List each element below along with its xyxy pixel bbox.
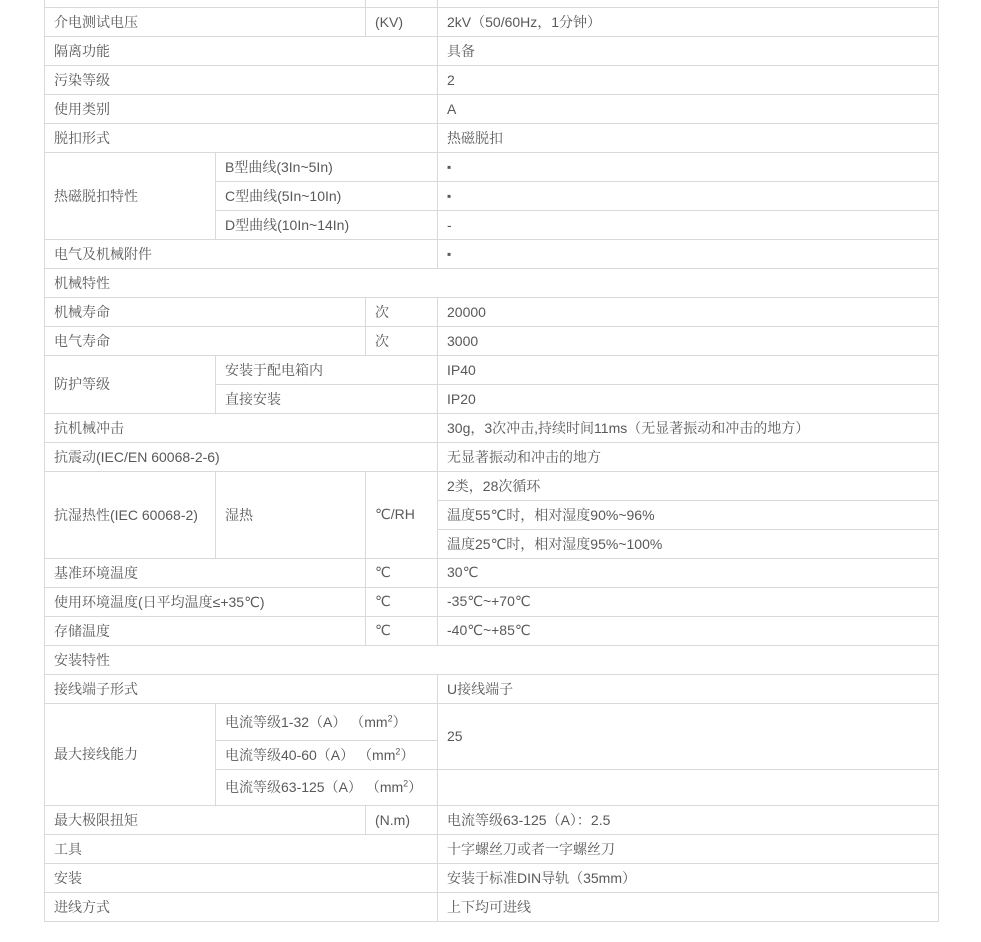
sub-label: B型曲线(3In~5In)	[216, 152, 438, 181]
row-label: 抗震动(IEC/EN 60068-2-6)	[45, 442, 438, 471]
sub-label: 直接安装	[216, 384, 438, 413]
row-label: 工具	[45, 834, 438, 863]
row-value: 温度25℃时，相对湿度95%~100%	[438, 529, 939, 558]
spec-table: 介电测试电压 (KV) 2kV（50/60Hz，1分钟） 隔离功能 具备 污染等…	[44, 0, 939, 922]
row-unit: 次	[366, 326, 438, 355]
row-value: 安装于标准DIN导轨（35mm）	[438, 863, 939, 892]
row-value: 热磁脱扣	[438, 123, 939, 152]
row-label: 污染等级	[45, 65, 438, 94]
row-label: 使用类别	[45, 94, 438, 123]
row-unit: ℃	[366, 558, 438, 587]
row-value: 2	[438, 65, 939, 94]
row-value: A	[438, 94, 939, 123]
sub-label: 安装于配电箱内	[216, 355, 438, 384]
row-value: 2类，28次循环	[438, 471, 939, 500]
section-header: 机械特性	[45, 268, 939, 297]
row-label: 安装	[45, 863, 438, 892]
row-value: -35℃~+70℃	[438, 587, 939, 616]
spec-row-terminal: 接线端子形式 U接线端子	[45, 674, 939, 703]
row-value: ▪	[438, 152, 939, 181]
spec-row-dielectric: 介电测试电压 (KV) 2kV（50/60Hz，1分钟）	[45, 7, 939, 36]
row-value: 十字螺丝刀或者一字螺丝刀	[438, 834, 939, 863]
sub-label: C型曲线(5In~10In)	[216, 181, 438, 210]
spec-row-torque: 最大极限扭矩 (N.m) 电流等级63-125（A）：2.5	[45, 805, 939, 834]
row-label: 机械寿命	[45, 297, 366, 326]
row-value: ▪	[438, 239, 939, 268]
section-header: 安装特性	[45, 645, 939, 674]
row-unit: ℃/RH	[366, 471, 438, 558]
sub-label: 电流等级63-125（A） （mm2）	[216, 769, 438, 805]
spec-row-damp-heat-1: 抗湿热性(IEC 60068-2) 湿热 ℃/RH 2类，28次循环	[45, 471, 939, 500]
spec-row-mech-life: 机械寿命 次 20000	[45, 297, 939, 326]
row-value: 无显著振动和冲击的地方	[438, 442, 939, 471]
row-value-empty	[438, 769, 939, 805]
sub-label-text: 电流等级1-32（A） （mm	[225, 714, 388, 730]
spec-row-max-wiring-1: 最大接线能力 电流等级1-32（A） （mm2） 25	[45, 703, 939, 740]
sub-label: D型曲线(10In~14In)	[216, 210, 438, 239]
row-label: 脱扣形式	[45, 123, 438, 152]
sub-label: 电流等级40-60（A） （mm2）	[216, 740, 438, 769]
spec-row-elec-life: 电气寿命 次 3000	[45, 326, 939, 355]
row-label: 使用环境温度(日平均温度≤+35℃)	[45, 587, 366, 616]
row-label: 电气及机械附件	[45, 239, 438, 268]
cutoff-cell	[438, 0, 939, 7]
row-value: 具备	[438, 36, 939, 65]
sub-label: 电流等级1-32（A） （mm2）	[216, 703, 438, 740]
row-value: 20000	[438, 297, 939, 326]
sub-label: 湿热	[216, 471, 366, 558]
row-label: 介电测试电压	[45, 7, 366, 36]
spec-row-trip-type: 脱扣形式 热磁脱扣	[45, 123, 939, 152]
row-label: 热磁脱扣特性	[45, 152, 216, 239]
spec-row-storage-temp: 存储温度 ℃ -40℃~+85℃	[45, 616, 939, 645]
row-unit: (KV)	[366, 7, 438, 36]
sub-label-text: ）	[408, 779, 422, 795]
sub-label-text: ）	[393, 714, 407, 730]
row-label: 存储温度	[45, 616, 366, 645]
spec-row-accessories: 电气及机械附件 ▪	[45, 239, 939, 268]
spec-row-vibration: 抗震动(IEC/EN 60068-2-6) 无显著振动和冲击的地方	[45, 442, 939, 471]
cutoff-row	[45, 0, 939, 7]
spec-row-isolation: 隔离功能 具备	[45, 36, 939, 65]
row-value: 上下均可进线	[438, 892, 939, 921]
row-value: 3000	[438, 326, 939, 355]
section-row-mechanical: 机械特性	[45, 268, 939, 297]
page: 介电测试电压 (KV) 2kV（50/60Hz，1分钟） 隔离功能 具备 污染等…	[0, 0, 981, 942]
row-value: 25	[438, 703, 939, 769]
row-value: -	[438, 210, 939, 239]
row-label: 抗机械冲击	[45, 413, 438, 442]
spec-row-wire-entry: 进线方式 上下均可进线	[45, 892, 939, 921]
section-row-installation: 安装特性	[45, 645, 939, 674]
row-unit: ℃	[366, 616, 438, 645]
spec-row-ref-temp: 基准环境温度 ℃ 30℃	[45, 558, 939, 587]
row-value: 温度55℃时，相对湿度90%~96%	[438, 500, 939, 529]
sub-label-text: 电流等级63-125（A） （mm	[225, 779, 403, 795]
row-unit: 次	[366, 297, 438, 326]
row-value: -40℃~+85℃	[438, 616, 939, 645]
row-unit: (N.m)	[366, 805, 438, 834]
sub-label-text: ）	[400, 747, 414, 763]
row-value: 30g，3次冲击,持续时间11ms（无显著振动和冲击的地方）	[438, 413, 939, 442]
row-label: 最大接线能力	[45, 703, 216, 805]
row-value: IP20	[438, 384, 939, 413]
cutoff-cell	[45, 0, 366, 7]
row-label: 最大极限扭矩	[45, 805, 366, 834]
row-label: 基准环境温度	[45, 558, 366, 587]
row-label: 抗湿热性(IEC 60068-2)	[45, 471, 216, 558]
row-value: 30℃	[438, 558, 939, 587]
row-value: 2kV（50/60Hz，1分钟）	[438, 7, 939, 36]
row-value: ▪	[438, 181, 939, 210]
spec-row-trip-char-b: 热磁脱扣特性 B型曲线(3In~5In) ▪	[45, 152, 939, 181]
row-value: U接线端子	[438, 674, 939, 703]
spec-row-category: 使用类别 A	[45, 94, 939, 123]
row-label: 进线方式	[45, 892, 438, 921]
spec-row-mounting: 安装 安装于标准DIN导轨（35mm）	[45, 863, 939, 892]
sub-label-text: 电流等级40-60（A） （mm	[225, 747, 395, 763]
row-label: 隔离功能	[45, 36, 438, 65]
row-label: 防护等级	[45, 355, 216, 413]
row-unit: ℃	[366, 587, 438, 616]
row-value: IP40	[438, 355, 939, 384]
spec-row-pollution: 污染等级 2	[45, 65, 939, 94]
spec-row-ambient-temp: 使用环境温度(日平均温度≤+35℃) ℃ -35℃~+70℃	[45, 587, 939, 616]
spec-row-tools: 工具 十字螺丝刀或者一字螺丝刀	[45, 834, 939, 863]
cutoff-cell	[366, 0, 438, 7]
row-label: 电气寿命	[45, 326, 366, 355]
spec-row-shock: 抗机械冲击 30g，3次冲击,持续时间11ms（无显著振动和冲击的地方）	[45, 413, 939, 442]
spec-row-protection-box: 防护等级 安装于配电箱内 IP40	[45, 355, 939, 384]
row-label: 接线端子形式	[45, 674, 438, 703]
row-value: 电流等级63-125（A）：2.5	[438, 805, 939, 834]
